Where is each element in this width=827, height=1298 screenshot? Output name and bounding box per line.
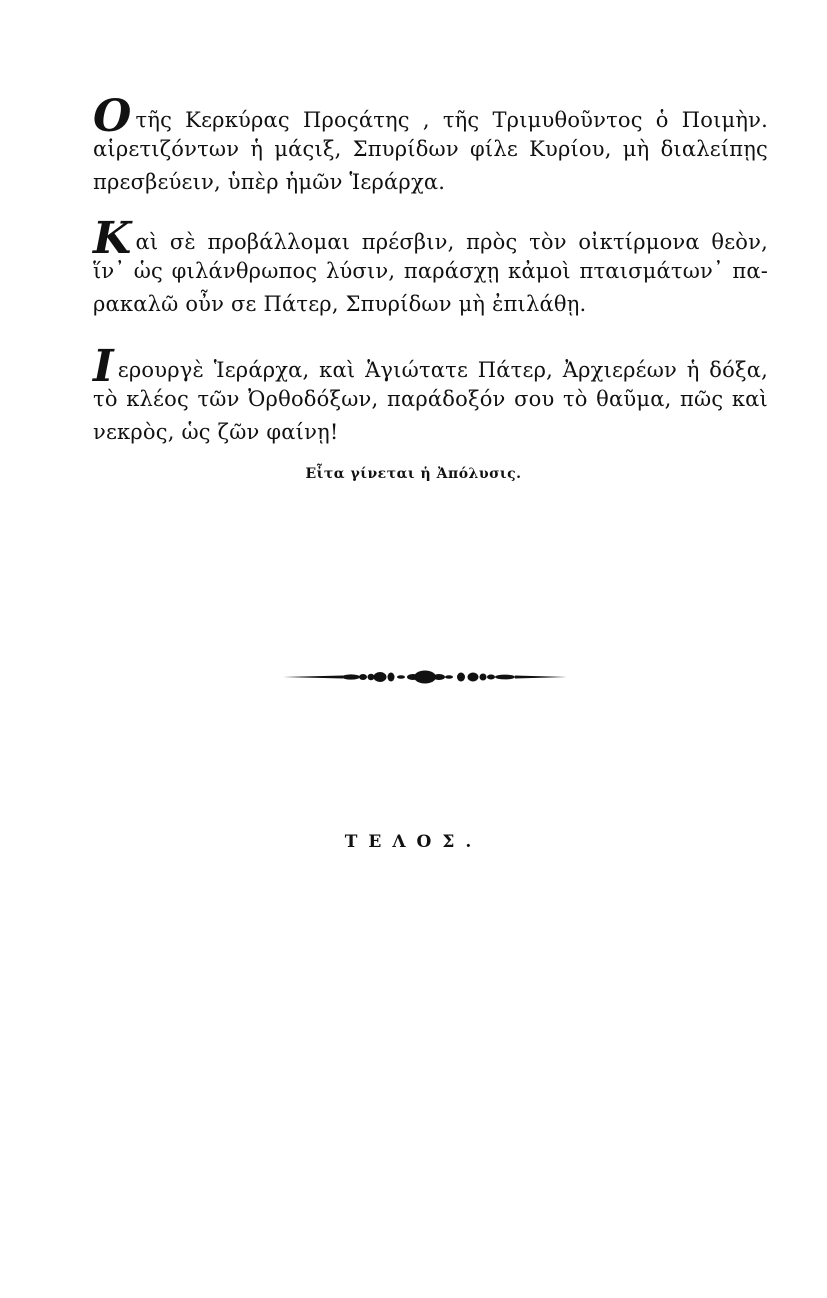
book-page: Οτῆς Κερκύρας Προςάτης , τῆς Τριμυθοῦντο… xyxy=(0,0,827,1298)
paragraph-line: αἱρετιζόντων ἡ μάςιξ, Σπυρίδων φίλε Κυρί… xyxy=(93,133,768,166)
paragraph-3: Ιερουργὲ Ἱεράρχα, καὶ Ἁγιώτατε Πάτερ, Ἀρ… xyxy=(93,350,768,449)
rubric-text: Εἶτα γίνεται ἡ Ἀπόλυσις. xyxy=(0,466,827,482)
ending-title: ΤΕΛΟΣ. xyxy=(0,832,827,852)
drop-cap: Ο xyxy=(93,91,132,142)
line-text: αὶ σὲ προβάλλομαι πρέσβιν, πρὸς τὸν οἰκτ… xyxy=(135,230,768,254)
paragraph-1: Οτῆς Κερκύρας Προςάτης , τῆς Τριμυθοῦντο… xyxy=(93,100,768,199)
paragraph-line: τὸ κλέος τῶν Ὀρθοδόξων, παράδοξόν σου τὸ… xyxy=(93,383,768,416)
line-text: τῆς Κερκύρας Προςάτης , τῆς Τριμυθοῦντος… xyxy=(136,108,768,132)
drop-cap: Κ xyxy=(93,213,131,264)
paragraph-line: ρακαλῶ οὖν σε Πάτερ, Σπυρίδων μὴ ἐπιλάθῃ… xyxy=(93,288,768,321)
paragraph-line: Οτῆς Κερκύρας Προςάτης , τῆς Τριμυθοῦντο… xyxy=(93,100,768,133)
ornament-divider-icon xyxy=(283,665,567,689)
line-text: ερουργὲ Ἱεράρχα, καὶ Ἁγιώτατε Πάτερ, Ἀρχ… xyxy=(118,358,768,382)
paragraph-line: Καὶ σὲ προβάλλομαι πρέσβιν, πρὸς τὸν οἰκ… xyxy=(93,222,768,255)
paragraph-line: ἵν᾽ ὡς φιλάνθρωπος λύσιν, παράσχῃ κἀμοὶ … xyxy=(93,255,768,288)
paragraph-2: Καὶ σὲ προβάλλομαι πρέσβιν, πρὸς τὸν οἰκ… xyxy=(93,222,768,321)
paragraph-line: Ιερουργὲ Ἱεράρχα, καὶ Ἁγιώτατε Πάτερ, Ἀρ… xyxy=(93,350,768,383)
paragraph-line: νεκρὸς, ὡς ζῶν φαίνῃ! xyxy=(93,416,768,449)
drop-cap: Ι xyxy=(93,341,114,392)
paragraph-line: πρεσβεύειν, ὑπὲρ ἡμῶν Ἱεράρχα. xyxy=(93,166,768,199)
